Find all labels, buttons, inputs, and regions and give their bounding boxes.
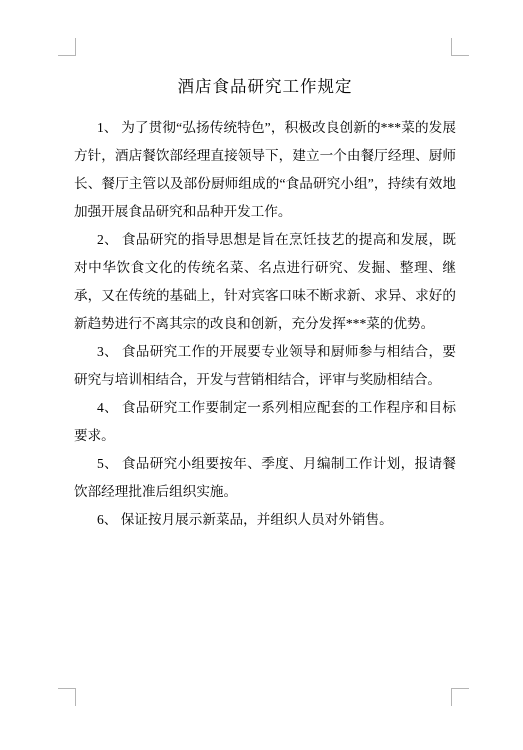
margin-crop-mark-top-right [451, 38, 469, 56]
paragraph-2: 2、 食品研究的指导思想是旨在烹饪技艺的提高和发展，既对中华饮食文化的传统名菜、… [74, 226, 456, 338]
paragraph-4: 4、 食品研究工作要制定一系列相应配套的工作程序和目标要求。 [74, 394, 456, 450]
paragraph-6: 6、 保证按月展示新菜品，并组织人员对外销售。 [74, 506, 456, 534]
document-page-canvas: 酒店食品研究工作规定 1、 为了贯彻“弘扬传统特色”，积极改良创新的***菜的发… [0, 0, 523, 750]
margin-crop-mark-top-left [58, 38, 76, 56]
paragraph-3: 3、 食品研究工作的开展要专业领导和厨师参与相结合，要研究与培训相结合，开发与营… [74, 338, 456, 394]
paragraph-1: 1、 为了贯彻“弘扬传统特色”，积极改良创新的***菜的发展方针，酒店餐饮部经理… [74, 114, 456, 226]
document-page: { "doc": { "title": "酒店食品研究工作规定", "parag… [0, 0, 523, 750]
document-content: 酒店食品研究工作规定 1、 为了贯彻“弘扬传统特色”，积极改良创新的***菜的发… [74, 72, 456, 534]
margin-crop-mark-bottom-right [451, 688, 469, 706]
paragraph-5: 5、 食品研究小组要按年、季度、月编制工作计划，报请餐饮部经理批准后组织实施。 [74, 450, 456, 506]
margin-crop-mark-bottom-left [58, 688, 76, 706]
document-title: 酒店食品研究工作规定 [74, 72, 456, 102]
